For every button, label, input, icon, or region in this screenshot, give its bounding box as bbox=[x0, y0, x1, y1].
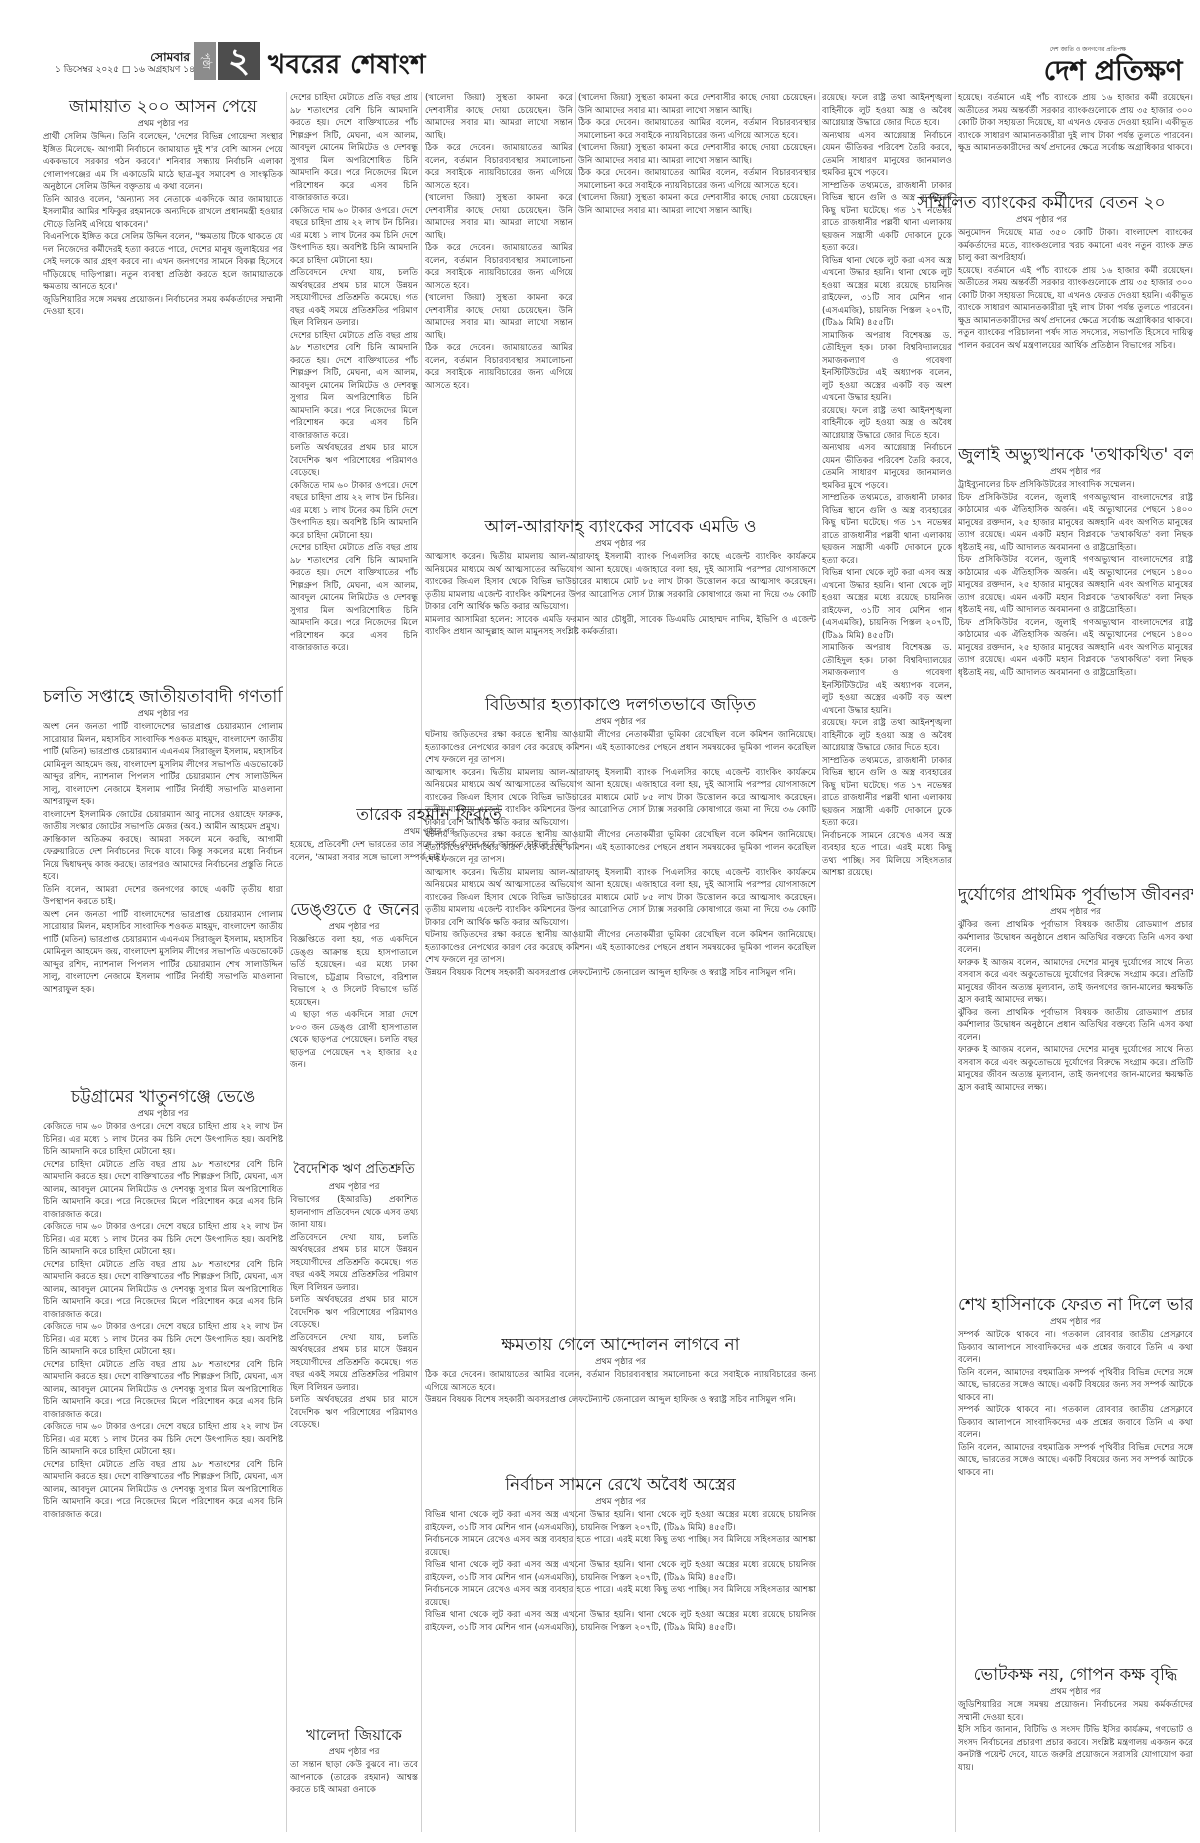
paragraph: দেশের চাহিদা মেটাতে প্রতি বছর প্রায় ৯৮ … bbox=[290, 92, 418, 205]
paragraph: সামাজিক অপরাধ বিশেষজ্ঞ ড. তৌহিদুল হক। ঢা… bbox=[822, 642, 952, 717]
paragraph: বিভিন্ন থানা থেকে লুট করা এসব অস্ত্র এখন… bbox=[425, 1559, 816, 1584]
paragraph: নির্বাচনকে সামনে রেখেও এসব অস্ত্র ব্যবহা… bbox=[425, 1584, 816, 1609]
paragraph: চিফ প্রসিকিউটর বলেন, জুলাই গণঅভ্যুত্থান … bbox=[958, 554, 1193, 617]
headline[interactable]: নির্বাচন সামনে রেখে অবৈধ অস্ত্রের bbox=[425, 1474, 816, 1496]
paragraph: উন্নয়ন বিষয়ক বিশেষ সহকারী অবসরপ্রাপ্ত … bbox=[425, 967, 816, 980]
paragraph: বাংলাদেশ ইসলামিক জোটের চেয়ারম্যান আবু ন… bbox=[43, 809, 283, 834]
paragraph: বিভিন্ন থানা থেকে লুট করা এসব অস্ত্র এখন… bbox=[425, 1609, 816, 1634]
paragraph: নির্বাচনকে সামনে রেখেও এসব অস্ত্র ব্যবহা… bbox=[425, 1534, 816, 1559]
paragraph: দেশের চাহিদা মেটাতে প্রতি বছর প্রায় ৯৮ … bbox=[43, 1359, 283, 1422]
paragraph: (খালেদা জিয়া) সুস্থতা কামনা করে দেশবাসী… bbox=[578, 142, 816, 167]
headline[interactable]: ভোটকক্ষ নয়, গোপন কক্ষ বৃদ্ধি bbox=[958, 1664, 1193, 1686]
paragraph: বিভিন্ন থানা থেকে লুট করা এসব অস্ত্র এখন… bbox=[822, 567, 952, 642]
paragraph: কেজিতে দাম ৬০ টাকার ওপরে। দেশে বছরে চাহি… bbox=[290, 480, 418, 543]
headline[interactable]: খালেদা জিয়াকে bbox=[290, 1724, 418, 1746]
page-number: ২ bbox=[218, 42, 260, 80]
continued-label: প্রথম পৃষ্ঠার পর bbox=[43, 708, 283, 720]
article-disaster-warning: দুর্যোগের প্রাথমিক পূর্বাভাস জীবনরক্ষায়… bbox=[958, 880, 1193, 1300]
paragraph: প্রার্থী সেলিম উদ্দিন। তিনি বলেছেন, 'দেশ… bbox=[43, 131, 283, 194]
article-col2-top: দেশের চাহিদা মেটাতে প্রতি বছর প্রায় ৯৮ … bbox=[290, 92, 418, 902]
continued-label: প্রথম পৃষ্ঠার পর bbox=[890, 214, 1193, 226]
continued-label: প্রথম পৃষ্ঠার পর bbox=[290, 921, 418, 933]
article-sheikh-hasina: শেখ হাসিনাকে ফেরত না দিলে ভারতের প্রথম প… bbox=[958, 1290, 1193, 1670]
paragraph: প্রতিবেদনে দেখা যায়, চলতি অর্থবছরের প্র… bbox=[290, 267, 418, 330]
paragraph: জুডিশিয়ারির সঙ্গে সমন্বয় প্রয়োজন। নির… bbox=[43, 294, 283, 319]
paragraph: দেশের চাহিদা মেটাতে প্রতি বছর প্রায় ৯৮ … bbox=[43, 1459, 283, 1522]
paragraph: ঠিক করে দেবেন। জামায়াতের আমির বলেন, বর্… bbox=[578, 117, 816, 142]
paragraph: নতুন ব্যাংকের পরিচালনা পর্ষদ সাত সদস্যের… bbox=[890, 327, 1193, 352]
paragraph: চলতি অর্থবছরের প্রথম চার মাসে বৈদেশিক ঋণ… bbox=[290, 442, 418, 480]
paragraph: ঠিক করে দেবেন। জামায়াতের আমির বলেন, বর্… bbox=[425, 242, 573, 292]
headline[interactable]: ডেঙ্গুতে ৫ জনের bbox=[290, 899, 418, 921]
headline[interactable]: দুর্যোগের প্রাথমিক পূর্বাভাস জীবনরক্ষায় bbox=[958, 884, 1193, 906]
paragraph: কেজিতে দাম ৬০ টাকার ওপরে। দেশে বছরে চাহি… bbox=[290, 205, 418, 268]
paragraph: চলতি অর্থবছরের প্রথম চার মাসে বৈদেশিক ঋণ… bbox=[290, 1394, 418, 1432]
issue-date-string: ১ ডিসেম্বর ২০২৫ □ ১৬ অগ্রহায়ণ ১৪৩২ bbox=[55, 64, 190, 76]
paragraph: দেশের চাহিদা মেটাতে প্রতি বছর প্রায় ৯৮ … bbox=[290, 330, 418, 443]
paragraph: ফারুক ই আজম বলেন, আমাদের দেশের মানুষ দুর… bbox=[958, 957, 1193, 1007]
headline[interactable]: সম্মিলিত ব্যাংকের কর্মীদের বেতন ২০ bbox=[890, 192, 1193, 214]
column-divider bbox=[819, 92, 820, 1832]
paragraph: সাম্প্রতিক তথ্যমতে, রাজধানী ঢাকার বিভিন্… bbox=[822, 755, 952, 830]
paragraph: কেজিতে দাম ৬০ টাকার ওপরে। দেশে বছরে চাহি… bbox=[43, 1121, 283, 1159]
paragraph: ইসি সচিব জানান, বিটিভি ও সংসদ টিভি ইসির … bbox=[958, 1724, 1193, 1774]
continued-label: প্রথম পৃষ্ঠার পর bbox=[958, 1686, 1193, 1698]
article-al-arafah: আল-আরাফাহ্ ব্যাংকের সাবেক এমডি ও প্রথম প… bbox=[425, 512, 816, 687]
page-label: পৃষ্ঠা bbox=[194, 42, 216, 80]
paragraph: ঘটনায় জড়িতদের রক্ষা করতে স্থানীয় আওয়… bbox=[425, 729, 816, 767]
paragraph: অন্যথায় এসব আগ্নেয়াস্ত্র নির্বাচনে যেম… bbox=[822, 130, 952, 180]
article-chattogram: চট্টগ্রামের খাতুনগঞ্জে ভেঙে প্রথম পৃষ্ঠা… bbox=[43, 1082, 283, 1832]
headline[interactable]: জুলাই অভ্যুত্থানকে 'তথাকথিত' বলা bbox=[958, 444, 1193, 466]
headline[interactable]: চট্টগ্রামের খাতুনগঞ্জে ভেঙে bbox=[43, 1086, 283, 1108]
paragraph: (খালেদা জিয়া) সুস্থতা কামনা করে দেশবাসী… bbox=[578, 192, 816, 217]
article-voting-booth: ভোটকক্ষ নয়, গোপন কক্ষ বৃদ্ধি প্রথম পৃষ্… bbox=[958, 1660, 1193, 1832]
paragraph: জুডিশিয়ারির সঙ্গে সমন্বয় প্রয়োজন। নির… bbox=[958, 1699, 1193, 1724]
section-title: খবরের শেষাংশ bbox=[268, 44, 426, 88]
newspaper-logo: দেশ জাতি ও জনগণের প্রতিপক্ষ দেশ প্রতিক্ষ… bbox=[1044, 44, 1182, 87]
paragraph: অংশ নেন জনতা পার্টি বাংলাদেশের ভারপ্রাপ্… bbox=[43, 909, 283, 997]
headline[interactable]: আল-আরাফাহ্ ব্যাংকের সাবেক এমডি ও bbox=[425, 516, 816, 538]
paragraph: কেজিতে দাম ৬০ টাকার ওপরে। দেশে বছরে চাহি… bbox=[43, 1221, 283, 1259]
paragraph: সম্পর্ক আটকে থাকবে না। গতকাল রোববার জাতী… bbox=[958, 1329, 1193, 1367]
continued-label: প্রথম পৃষ্ঠার পর bbox=[43, 1108, 283, 1120]
headline[interactable]: বৈদেশিক ঋণ প্রতিশ্রুতি bbox=[290, 1159, 418, 1181]
article-july-uprising: জুলাই অভ্যুত্থানকে 'তথাকথিত' বলা প্রথম প… bbox=[958, 440, 1193, 870]
paragraph: ঠিক করে দেবেন। জামায়াতের আমির বলেন, বর্… bbox=[578, 167, 816, 192]
headline[interactable]: চলতি সপ্তাহে জাতীয়তাবাদী গণতান্ত্রিক bbox=[43, 686, 283, 708]
paragraph: হয়েছে। বর্তমানে এই পাঁচ ব্যাংকে প্রায় … bbox=[958, 92, 1193, 155]
continued-label: প্রথম পৃষ্ঠার পর bbox=[958, 1316, 1193, 1328]
paragraph: এ ছাড়া গত একদিনে সারা দেশে ৮০৩ জন ডেঙ্গ… bbox=[290, 1009, 418, 1072]
column-divider bbox=[421, 92, 422, 1832]
article-dengue: ডেঙ্গুতে ৫ জনের প্রথম পৃষ্ঠার পর বিজ্ঞপ্… bbox=[290, 895, 418, 1155]
paragraph: ট্রাইব্যুনালের চিফ প্রসিকিউটরের সাংবাদিক… bbox=[958, 479, 1193, 492]
paragraph: তা সন্তান ছাড়া কেউ বুঝবে না। তবে আপনাকে… bbox=[290, 1759, 418, 1797]
paragraph: মামলার আসামিরা হলেন: সাবেক এমডি ফরমান আর… bbox=[425, 614, 816, 639]
paragraph: (খালেদা জিয়া) সুস্থতা কামনা করে দেশবাসী… bbox=[425, 292, 573, 342]
headline[interactable]: শেখ হাসিনাকে ফেরত না দিলে ভারতের bbox=[958, 1294, 1193, 1316]
paragraph: দেশের চাহিদা মেটাতে প্রতি বছর প্রায় ৯৮ … bbox=[290, 542, 418, 655]
paragraph: চিফ প্রসিকিউটর বলেন, জুলাই গণঅভ্যুত্থান … bbox=[958, 617, 1193, 680]
paragraph: উন্নয়ন বিষয়ক বিশেষ সহকারী অবসরপ্রাপ্ত … bbox=[425, 1394, 816, 1407]
article-jamaat: জামায়াত ২০০ আসন পেয়ে প্রথম পৃষ্ঠার পর … bbox=[43, 92, 283, 682]
continued-label: প্রথম পৃষ্ঠার পর bbox=[290, 1746, 418, 1758]
paragraph: তিনি বলেন, আমরা দেশের জনগণের কাছে একটি ত… bbox=[43, 884, 283, 909]
paragraph: দেশের চাহিদা মেটাতে প্রতি বছর প্রায় ৯৮ … bbox=[43, 1259, 283, 1322]
paragraph: (খালেদা জিয়া) সুস্থতা কামনা করে দেশবাসী… bbox=[425, 192, 573, 242]
column-divider bbox=[286, 92, 287, 1832]
paragraph: ঠিক করে দেবেন। জামায়াতের আমির বলেন, বর্… bbox=[425, 342, 573, 392]
paragraph: ঝুঁকির জন্য প্রাথমিক পূর্বাভাস বিষয়ক জা… bbox=[958, 919, 1193, 957]
paragraph: সম্পর্ক আটকে থাকবে না। গতকাল রোববার জাতী… bbox=[958, 1404, 1193, 1442]
paragraph: কেজিতে দাম ৬০ টাকার ওপরে। দেশে বছরে চাহি… bbox=[43, 1321, 283, 1359]
article-foreign-loan: বৈদেশিক ঋণ প্রতিশ্রুতি প্রথম পৃষ্ঠার পর … bbox=[290, 1155, 418, 1715]
article-bidiya: বিডিআর হত্যাকাণ্ডে দলগতভাবে জড়িত প্রথম … bbox=[425, 690, 816, 1310]
article-col6-top: হয়েছে। বর্তমানে এই পাঁচ ব্যাংকে প্রায় … bbox=[958, 92, 1193, 187]
issue-date: সোমবার ১ ডিসেম্বর ২০২৫ □ ১৬ অগ্রহায়ণ ১৪… bbox=[55, 50, 190, 76]
paragraph: প্রতিবেদনে দেখা যায়, চলতি অর্থবছরের প্র… bbox=[290, 1232, 418, 1295]
headline[interactable]: জামায়াত ২০০ আসন পেয়ে bbox=[43, 96, 283, 118]
paragraph: চিফ প্রসিকিউটর বলেন, জুলাই গণঅভ্যুত্থান … bbox=[958, 492, 1193, 555]
article-illegal-arms: নির্বাচন সামনে রেখে অবৈধ অস্ত্রের প্রথম … bbox=[425, 1470, 816, 1832]
logo-brand: দেশ প্রতিক্ষণ bbox=[1044, 55, 1182, 87]
article-khaleda: খালেদা জিয়াকে প্রথম পৃষ্ঠার পর তা সন্তা… bbox=[290, 1720, 418, 1832]
paragraph: নির্বাচনকে সামনে রেখেও এসব অস্ত্র ব্যবহা… bbox=[822, 830, 952, 880]
paragraph: বিভিন্ন থানা থেকে লুট করা এসব অস্ত্র এখন… bbox=[425, 1509, 816, 1534]
paragraph: ফারুক ই আজম বলেন, আমাদের দেশের মানুষ দুর… bbox=[958, 1044, 1193, 1094]
paragraph: অনুমোদন দিয়েছে মাত্র ৩৫০ কোটি টাকা। বাং… bbox=[890, 227, 1193, 265]
paragraph: ঘটনায় জড়িতদের রক্ষা করতে স্থানীয় আওয়… bbox=[425, 929, 816, 967]
masthead: সোমবার ১ ডিসেম্বর ২০২৫ □ ১৬ অগ্রহায়ণ ১৪… bbox=[0, 0, 1200, 80]
article-bank-salary: সম্মিলিত ব্যাংকের কর্মীদের বেতন ২০ প্রথম… bbox=[890, 188, 1193, 458]
paragraph: ঠিক করে দেবেন। জামায়াতের আমির বলেন, বর্… bbox=[425, 1369, 816, 1394]
paragraph: চলতি অর্থবছরের প্রথম চার মাসে বৈদেশিক ঋণ… bbox=[290, 1294, 418, 1332]
paragraph: বিজ্ঞপ্তিতে বলা হয়, গত একদিনে ডেঙ্গু আক… bbox=[290, 934, 418, 1009]
continued-label: প্রথম পৃষ্ঠার পর bbox=[958, 906, 1193, 918]
article-khomotay: ক্ষমতায় গেলে আন্দোলন লাগবে না প্রথম পৃষ… bbox=[425, 1330, 816, 1470]
paragraph: ক্রান্তিকাল অতিক্রম করছে। আমরা সকলে মনে … bbox=[43, 834, 283, 884]
continued-label: প্রথম পৃষ্ঠার পর bbox=[425, 1496, 816, 1508]
paragraph: কেজিতে দাম ৬০ টাকার ওপরে। দেশে বছরে চাহি… bbox=[43, 1421, 283, 1459]
paragraph: সাম্প্রতিক তথ্যমতে, রাজধানী ঢাকার বিভিন্… bbox=[822, 492, 952, 567]
paragraph: তিনি আরও বলেন, 'অন্যান্য সব নেতাকে একদিক… bbox=[43, 194, 283, 232]
paragraph: প্রতিবেদনে দেখা যায়, চলতি অর্থবছরের প্র… bbox=[290, 1332, 418, 1395]
paragraph: তিনি বলেন, আমাদের বহুমাত্রিক সম্পর্ক পৃথ… bbox=[958, 1367, 1193, 1405]
paragraph: বিভাগের (ইআরডি) প্রকাশিত হালনাগাদ প্রতিব… bbox=[290, 1194, 418, 1232]
paragraph: (খালেদা জিয়া) সুস্থতা কামনা করে দেশবাসী… bbox=[578, 92, 816, 117]
paragraph: তিনি বলেন, আমাদের বহুমাত্রিক সম্পর্ক পৃথ… bbox=[958, 1442, 1193, 1480]
paragraph: রয়েছে। ফলে রাষ্ট্র তথা আইনশৃঙ্খলা বাহিন… bbox=[822, 717, 952, 755]
paragraph: বিএনপিকে ইঙ্গিত করে সেলিম উদ্দিন বলেন, '… bbox=[43, 231, 283, 294]
headline[interactable]: ক্ষমতায় গেলে আন্দোলন লাগবে না bbox=[425, 1334, 816, 1356]
issue-day: সোমবার bbox=[55, 50, 190, 64]
paragraph: আত্মসাৎ করেন। দ্বিতীয় মামলায় আল-আরাফাহ… bbox=[425, 551, 816, 614]
paragraph: ঠিক করে দেবেন। জামায়াতের আমির বলেন, বর্… bbox=[425, 142, 573, 192]
paragraph: হয়েছে। বর্তমানে এই পাঁচ ব্যাংকে প্রায় … bbox=[890, 265, 1193, 328]
article-jatiotabadi: চলতি সপ্তাহে জাতীয়তাবাদী গণতান্ত্রিক প্… bbox=[43, 682, 283, 1082]
continued-label: প্রথম পৃষ্ঠার পর bbox=[425, 716, 816, 728]
paragraph: রয়েছে। ফলে রাষ্ট্র তথা আইনশৃঙ্খলা বাহিন… bbox=[822, 92, 952, 130]
continued-label: প্রথম পৃষ্ঠার পর bbox=[425, 538, 816, 550]
paragraph: (খালেদা জিয়া) সুস্থতা কামনা করে দেশবাসী… bbox=[425, 92, 573, 142]
continued-label: প্রথম পৃষ্ঠার পর bbox=[290, 1181, 418, 1193]
paragraph: আত্মসাৎ করেন। দ্বিতীয় মামলায় আল-আরাফাহ… bbox=[425, 767, 816, 830]
article-col4-top: (খালেদা জিয়া) সুস্থতা কামনা করে দেশবাসী… bbox=[578, 92, 816, 512]
headline[interactable]: বিডিআর হত্যাকাণ্ডে দলগতভাবে জড়িত bbox=[425, 694, 816, 716]
paragraph: আত্মসাৎ করেন। দ্বিতীয় মামলায় আল-আরাফাহ… bbox=[425, 867, 816, 930]
paragraph: অংশ নেন জনতা পার্টি বাংলাদেশের ভারপ্রাপ্… bbox=[43, 721, 283, 809]
continued-label: প্রথম পৃষ্ঠার পর bbox=[958, 466, 1193, 478]
paragraph: ঝুঁকির জন্য প্রাথমিক পূর্বাভাস বিষয়ক জা… bbox=[958, 1007, 1193, 1045]
paragraph: দেশের চাহিদা মেটাতে প্রতি বছর প্রায় ৯৮ … bbox=[43, 1159, 283, 1222]
continued-label: প্রথম পৃষ্ঠার পর bbox=[43, 118, 283, 130]
paragraph: ঘটনায় জড়িতদের রক্ষা করতে স্থানীয় আওয়… bbox=[425, 829, 816, 867]
continued-label: প্রথম পৃষ্ঠার পর bbox=[425, 1356, 816, 1368]
